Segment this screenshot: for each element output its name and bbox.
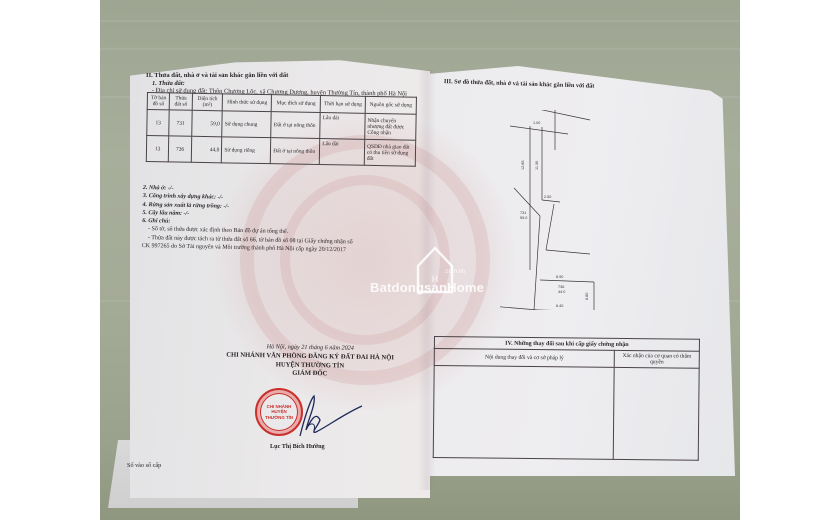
table-row: [433, 366, 699, 461]
dim-lower-top: 6.90: [556, 275, 563, 279]
dim-lower-bottom: 6.40: [556, 304, 563, 308]
cell: Sử dụng chung: [222, 111, 271, 138]
col-area: Diện tích (m²): [192, 93, 223, 111]
parcel-b-id: 736: [558, 285, 564, 289]
registry-number-label: Số vào sổ cấp: [127, 462, 161, 469]
house-icon: H: [370, 236, 500, 306]
col-duration: Thời hạn sử dụng: [320, 96, 365, 114]
cell: Đất ở tại nông thôn: [271, 112, 320, 139]
land-parcel-table: Tờ bản đồ số Thửa đất số Diện tích (m²) …: [146, 92, 417, 167]
watermark-brand: BatdongsanHome: [370, 280, 484, 295]
cell: [433, 366, 614, 460]
dim-left: 12.85: [521, 160, 525, 170]
seal-line: THƯỜNG TÍN: [265, 415, 293, 420]
col-map-sheet: Tờ bản đồ số: [147, 93, 170, 110]
parcel-a-id: 731: [520, 211, 526, 215]
signer-name: Lục Thị Bích Hường: [270, 443, 325, 450]
watermark-domain: .com.vn: [444, 269, 465, 275]
dim-right: 11.30: [535, 161, 539, 170]
section-title-ii: II. Thửa đất, nhà ở và tài sản khác gắn …: [146, 72, 288, 80]
parcel-b-area: 44.0: [558, 290, 565, 294]
changes-table: IV. Những thay đổi sau khi cấp giấy chứn…: [433, 336, 700, 461]
dim-lower-height: 6.80: [585, 293, 589, 300]
cell: Lâu dài: [319, 139, 364, 166]
cell: Sử dụng riêng: [222, 137, 271, 164]
cell: 59,0: [192, 110, 223, 137]
cell: 731: [169, 110, 192, 136]
cell: Nhận chuyển nhượng đất được Công nhận: [365, 113, 416, 140]
handwritten-signature: [296, 390, 366, 440]
table-row: 13 736 44,0 Sử dụng riêng Đất ở tại nông…: [146, 136, 415, 167]
col-purpose: Mục đích sử dụng: [271, 95, 320, 113]
cell: Lâu dài: [320, 113, 365, 140]
col-usage-form: Hình thức sử dụng: [223, 94, 272, 112]
cell: 13: [146, 136, 169, 162]
certificate-notes: 2. Nhà ở: -/- 3. Công trình xây dựng khá…: [142, 184, 354, 255]
col-parcel-no: Thửa đất số: [170, 93, 193, 110]
cell: 736: [169, 136, 192, 162]
col-origin: Nguồn gốc sử dụng: [365, 96, 416, 114]
col-authority-confirmation: Xác nhận của cơ quan có thẩm quyền: [614, 350, 699, 368]
col-change-content: Nội dung thay đổi và cơ sở pháp lý: [434, 349, 614, 368]
signature-block: Hà Nội, ngày 21 tháng 6 năm 2024 CHI NHÁ…: [190, 342, 431, 381]
cell: [613, 367, 699, 460]
cell: 44,0: [191, 136, 222, 163]
cell: Đất ở tại nông thôn: [271, 138, 320, 165]
dim-top: 1.00: [533, 121, 540, 125]
cell: QSDĐ nhà giao đất có thu tiền sử dụng đấ…: [364, 139, 415, 166]
cell: 13: [147, 110, 170, 136]
dim-mid: 2.50: [544, 195, 551, 199]
parcel-diagram: 1.00 12.85 11.30 2.50 731 59.0 6.90 736 …: [500, 110, 640, 310]
parcel-a-area: 59.0: [520, 216, 527, 220]
